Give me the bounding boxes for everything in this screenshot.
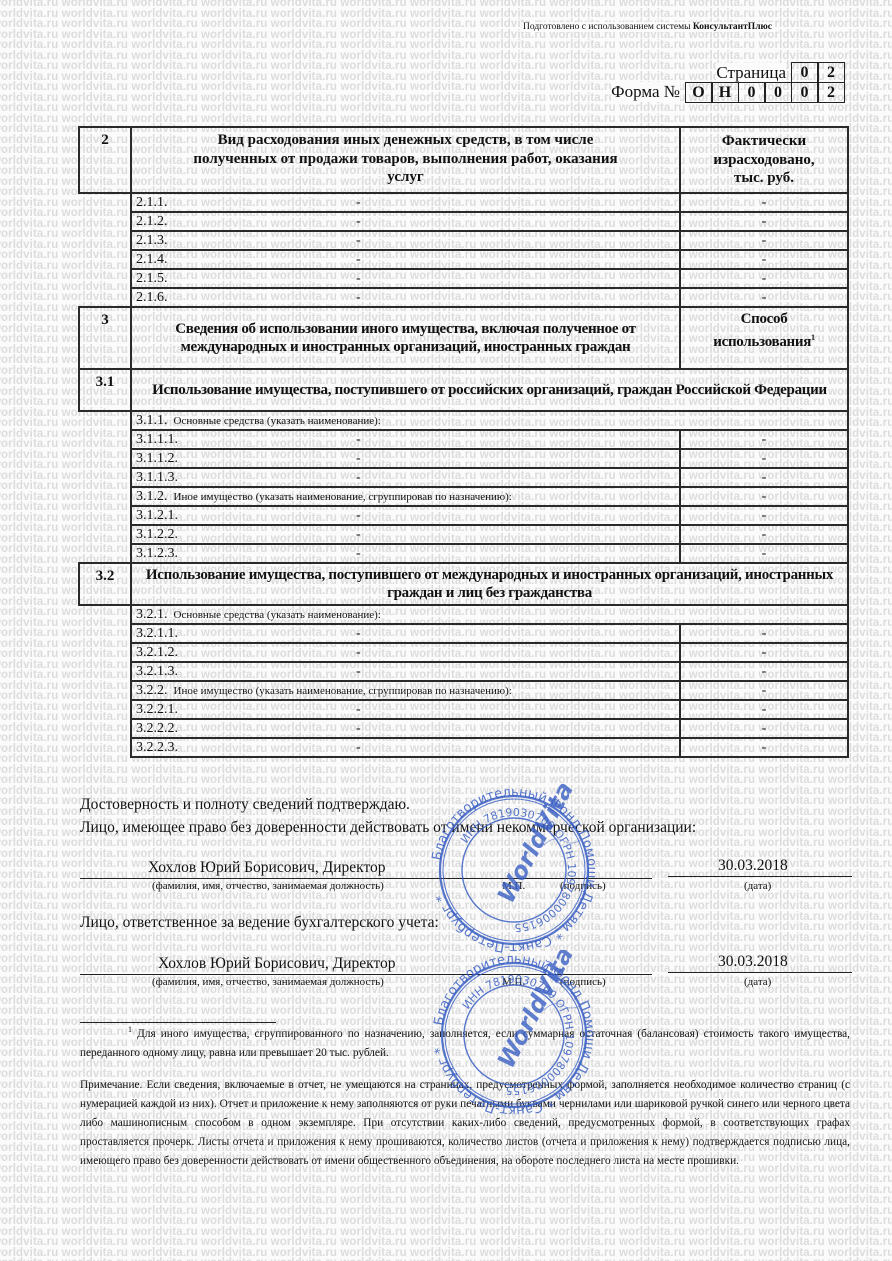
row-spacer [79,231,131,250]
row-spacer [79,212,131,231]
group-text: Иное имущество (указать наименование, сг… [174,491,512,503]
row-name: - [356,290,361,306]
row-item: 2.1.3.- [131,231,680,250]
table-row: 2.1.6.- - [79,288,848,307]
row-spacer [79,468,131,487]
row-spacer [79,487,131,506]
table-row: 3.1.2.2.- - [79,525,848,544]
row-spacer [79,525,131,544]
table-row: 3.1.1.1.- - [79,430,848,449]
table-row: 2.1.2.- - [79,212,848,231]
row-name: - [356,721,361,737]
row-value: - [680,231,848,250]
group-text: Иное имущество (указать наименование, сг… [174,685,512,697]
name-line [80,878,652,879]
row-spacer [79,506,131,525]
row-item: 3.1.2.1.- [131,506,680,525]
table-row: 3.2.1.1.- - [79,624,848,643]
row-name: - [356,645,361,661]
row-item: 3.2.2.3.- [131,738,680,757]
row-name: - [356,508,361,524]
group-row: 3.2.1.Основные средства (указать наимено… [79,605,848,624]
form-digit: 0 [764,82,792,103]
row-spacer [79,544,131,563]
row-spacer [79,662,131,681]
subsection-number: 3.1 [79,369,131,411]
row-code: 2.1.6. [136,290,356,306]
caption-mp: М.П. [502,880,525,892]
row-code: 2.1.4. [136,252,356,268]
row-item: 3.2.2.1.- [131,700,680,719]
group-label: 3.2.2.Иное имущество (указать наименован… [131,681,680,700]
prepared-brand: КонсультантПлюс [693,22,772,32]
row-spacer [79,719,131,738]
row-spacer [79,624,131,643]
row-value: - [680,700,848,719]
row-value: - [680,449,848,468]
row-item: 2.1.6.- [131,288,680,307]
row-name: - [356,702,361,718]
row-code: 2.1.3. [136,233,356,249]
column-header-usage-text: Способ использования [713,311,811,350]
row-code: 3.1.2.2. [136,527,356,543]
section-number: 3 [79,307,131,369]
row-code: 2.1.2. [136,214,356,230]
caption-name: (фамилия, имя, отчество, занимаемая долж… [152,880,384,892]
group-row: 3.1.1.Основные средства (указать наимено… [79,411,848,430]
row-item: 2.1.4.- [131,250,680,269]
group-value: - [680,487,848,506]
row-spacer [79,605,131,624]
row-value: - [680,544,848,563]
form-label: Форма № [611,82,680,102]
row-name: - [356,470,361,486]
row-code: 3.1.1.3. [136,470,356,486]
footnote-text: Для иного имущества, сгруппированного по… [80,1028,850,1059]
subsection-header: 3.1 Использование имущества, поступившег… [79,369,848,411]
table-row: 3.1.1.2.- - [79,449,848,468]
row-item: 3.1.1.1.- [131,430,680,449]
row-name: - [356,626,361,642]
group-label: 3.2.1.Основные средства (указать наимено… [131,605,848,624]
row-value: - [680,212,848,231]
row-item: 3.1.2.3.- [131,544,680,563]
table-row: 3.1.1.3.- - [79,468,848,487]
caption-mp: М.П. [502,976,525,988]
row-value: - [680,269,848,288]
row-spacer [79,643,131,662]
row-value: - [680,643,848,662]
row-name: - [356,233,361,249]
note-paragraph: Примечание. Если сведения, включаемые в … [80,1076,850,1171]
row-code: 3.2.1.1. [136,626,356,642]
row-spacer [79,430,131,449]
row-code: 3.2.2.1. [136,702,356,718]
row-item: 3.2.1.3.- [131,662,680,681]
section-3-header: 3 Сведения об использовании иного имущес… [79,307,848,369]
group-code: 3.2.2. [136,683,168,699]
group-text: Основные средства (указать наименование)… [174,609,381,621]
row-item: 2.1.5.- [131,269,680,288]
row-item: 2.1.1.- [131,193,680,212]
row-code: 3.1.2.3. [136,546,356,562]
row-value: - [680,624,848,643]
form-codes: Страница 0 2 Форма № О Н 0 0 0 2 [585,62,845,103]
form-digit: 0 [791,82,819,103]
table-row: 3.2.2.3.- - [79,738,848,757]
form-digit: О [685,82,713,103]
footnote-ref: 1 [811,333,815,342]
table-row: 3.2.2.2.- - [79,719,848,738]
row-code: 3.1.2.1. [136,508,356,524]
table-row: 3.1.2.3.- - [79,544,848,563]
page-number-row: Страница 0 2 [585,62,845,83]
row-value: - [680,193,848,212]
name-line [80,974,652,975]
row-value: - [680,250,848,269]
section-number: 2 [79,127,131,193]
section-title: Сведения об использовании иного имуществ… [131,307,680,369]
row-item: 3.2.2.2.- [131,719,680,738]
date-line [668,876,852,877]
table-row: 2.1.1.- - [79,193,848,212]
group-code: 3.1.2. [136,489,168,505]
row-code: 2.1.1. [136,195,356,211]
row-name: - [356,527,361,543]
row-spacer [79,193,131,212]
table-row: 2.1.4.- - [79,250,848,269]
form-digit: 2 [817,82,845,103]
table-row: 3.2.1.3.- - [79,662,848,681]
row-name: - [356,214,361,230]
row-item: 3.1.2.2.- [131,525,680,544]
row-code: 3.2.2.3. [136,740,356,756]
row-spacer [79,411,131,430]
row-code: 3.2.1.3. [136,664,356,680]
row-value: - [680,468,848,487]
row-name: - [356,546,361,562]
row-code: 3.2.1.2. [136,645,356,661]
person2-name: Хохлов Юрий Борисович, Директор [158,955,396,973]
subsection-title: Использование имущества, поступившего от… [131,369,848,411]
caption-date: (дата) [744,976,771,988]
form-digit: 0 [738,82,766,103]
authorized-person-label: Лицо, имеющее право без доверенности дей… [80,819,696,837]
page-digit: 2 [817,62,845,83]
group-value: - [680,681,848,700]
subsection-title: Использование имущества, поступившего от… [131,563,848,605]
form-number-row: Форма № О Н 0 0 0 2 [585,82,845,103]
row-spacer [79,681,131,700]
group-code: 3.2.1. [136,607,168,623]
column-header-usage: Способ использования1 [680,307,848,369]
row-name: - [356,664,361,680]
date-line [668,972,852,973]
form-digit: Н [711,82,739,103]
row-name: - [356,451,361,467]
row-item: 3.1.1.3.- [131,468,680,487]
section-2-header: 2 Вид расходования иных денежных средств… [79,127,848,193]
row-value: - [680,719,848,738]
row-item: 3.2.1.2.- [131,643,680,662]
row-spacer [79,700,131,719]
row-value: - [680,662,848,681]
prepared-prefix: Подготовлено с использованием системы [523,22,691,32]
row-code: 3.1.1.1. [136,432,356,448]
row-value: - [680,288,848,307]
row-item: 3.1.1.2.- [131,449,680,468]
table-row: 3.2.1.2.- - [79,643,848,662]
row-item: 3.2.1.1.- [131,624,680,643]
row-code: 3.1.1.2. [136,451,356,467]
row-spacer [79,738,131,757]
page-label: Страница [716,63,786,83]
row-value: - [680,525,848,544]
person1-date: 30.03.2018 [718,857,788,875]
caption-signature: (подпись) [560,976,606,988]
row-spacer [79,288,131,307]
row-spacer [79,269,131,288]
caption-signature: (подпись) [560,880,606,892]
row-code: 2.1.5. [136,271,356,287]
row-value: - [680,738,848,757]
row-name: - [356,252,361,268]
row-item: 2.1.2.- [131,212,680,231]
group-code: 3.1.1. [136,413,168,429]
prepared-with-notice: Подготовлено с использованием системы Ко… [521,22,774,32]
accountant-label: Лицо, ответственное за ведение бухгалтер… [80,914,439,932]
caption-name: (фамилия, имя, отчество, занимаемая долж… [152,976,384,988]
group-row: 3.2.2.Иное имущество (указать наименован… [79,681,848,700]
row-spacer [79,449,131,468]
group-text: Основные средства (указать наименование)… [174,415,381,427]
person1-name: Хохлов Юрий Борисович, Директор [148,859,386,877]
caption-date: (дата) [744,880,771,892]
confirmation-text: Достоверность и полноту сведений подтвер… [80,796,410,814]
row-value: - [680,506,848,525]
subsection-header: 3.2 Использование имущества, поступившег… [79,563,848,605]
row-spacer [79,250,131,269]
row-name: - [356,740,361,756]
section-title: Вид расходования иных денежных средств, … [131,127,680,193]
row-value: - [680,430,848,449]
row-code: 3.2.2.2. [136,721,356,737]
footnote-mark: 1 [128,1025,132,1034]
row-name: - [356,271,361,287]
footnote: 1 Для иного имущества, сгруппированного … [80,1020,850,1063]
table-row: 3.1.2.1.- - [79,506,848,525]
page-digit: 0 [791,62,819,83]
group-label: 3.1.1.Основные средства (указать наимено… [131,411,848,430]
subsection-number: 3.2 [79,563,131,605]
table-row: 2.1.5.- - [79,269,848,288]
group-row: 3.1.2.Иное имущество (указать наименован… [79,487,848,506]
table-row: 2.1.3.- - [79,231,848,250]
row-name: - [356,195,361,211]
report-table: 2 Вид расходования иных денежных средств… [78,126,849,758]
column-header-spent: Фактически израсходовано, тыс. руб. [680,127,848,193]
table-row: 3.2.2.1.- - [79,700,848,719]
group-label: 3.1.2.Иное имущество (указать наименован… [131,487,680,506]
row-name: - [356,432,361,448]
person2-date: 30.03.2018 [718,953,788,971]
